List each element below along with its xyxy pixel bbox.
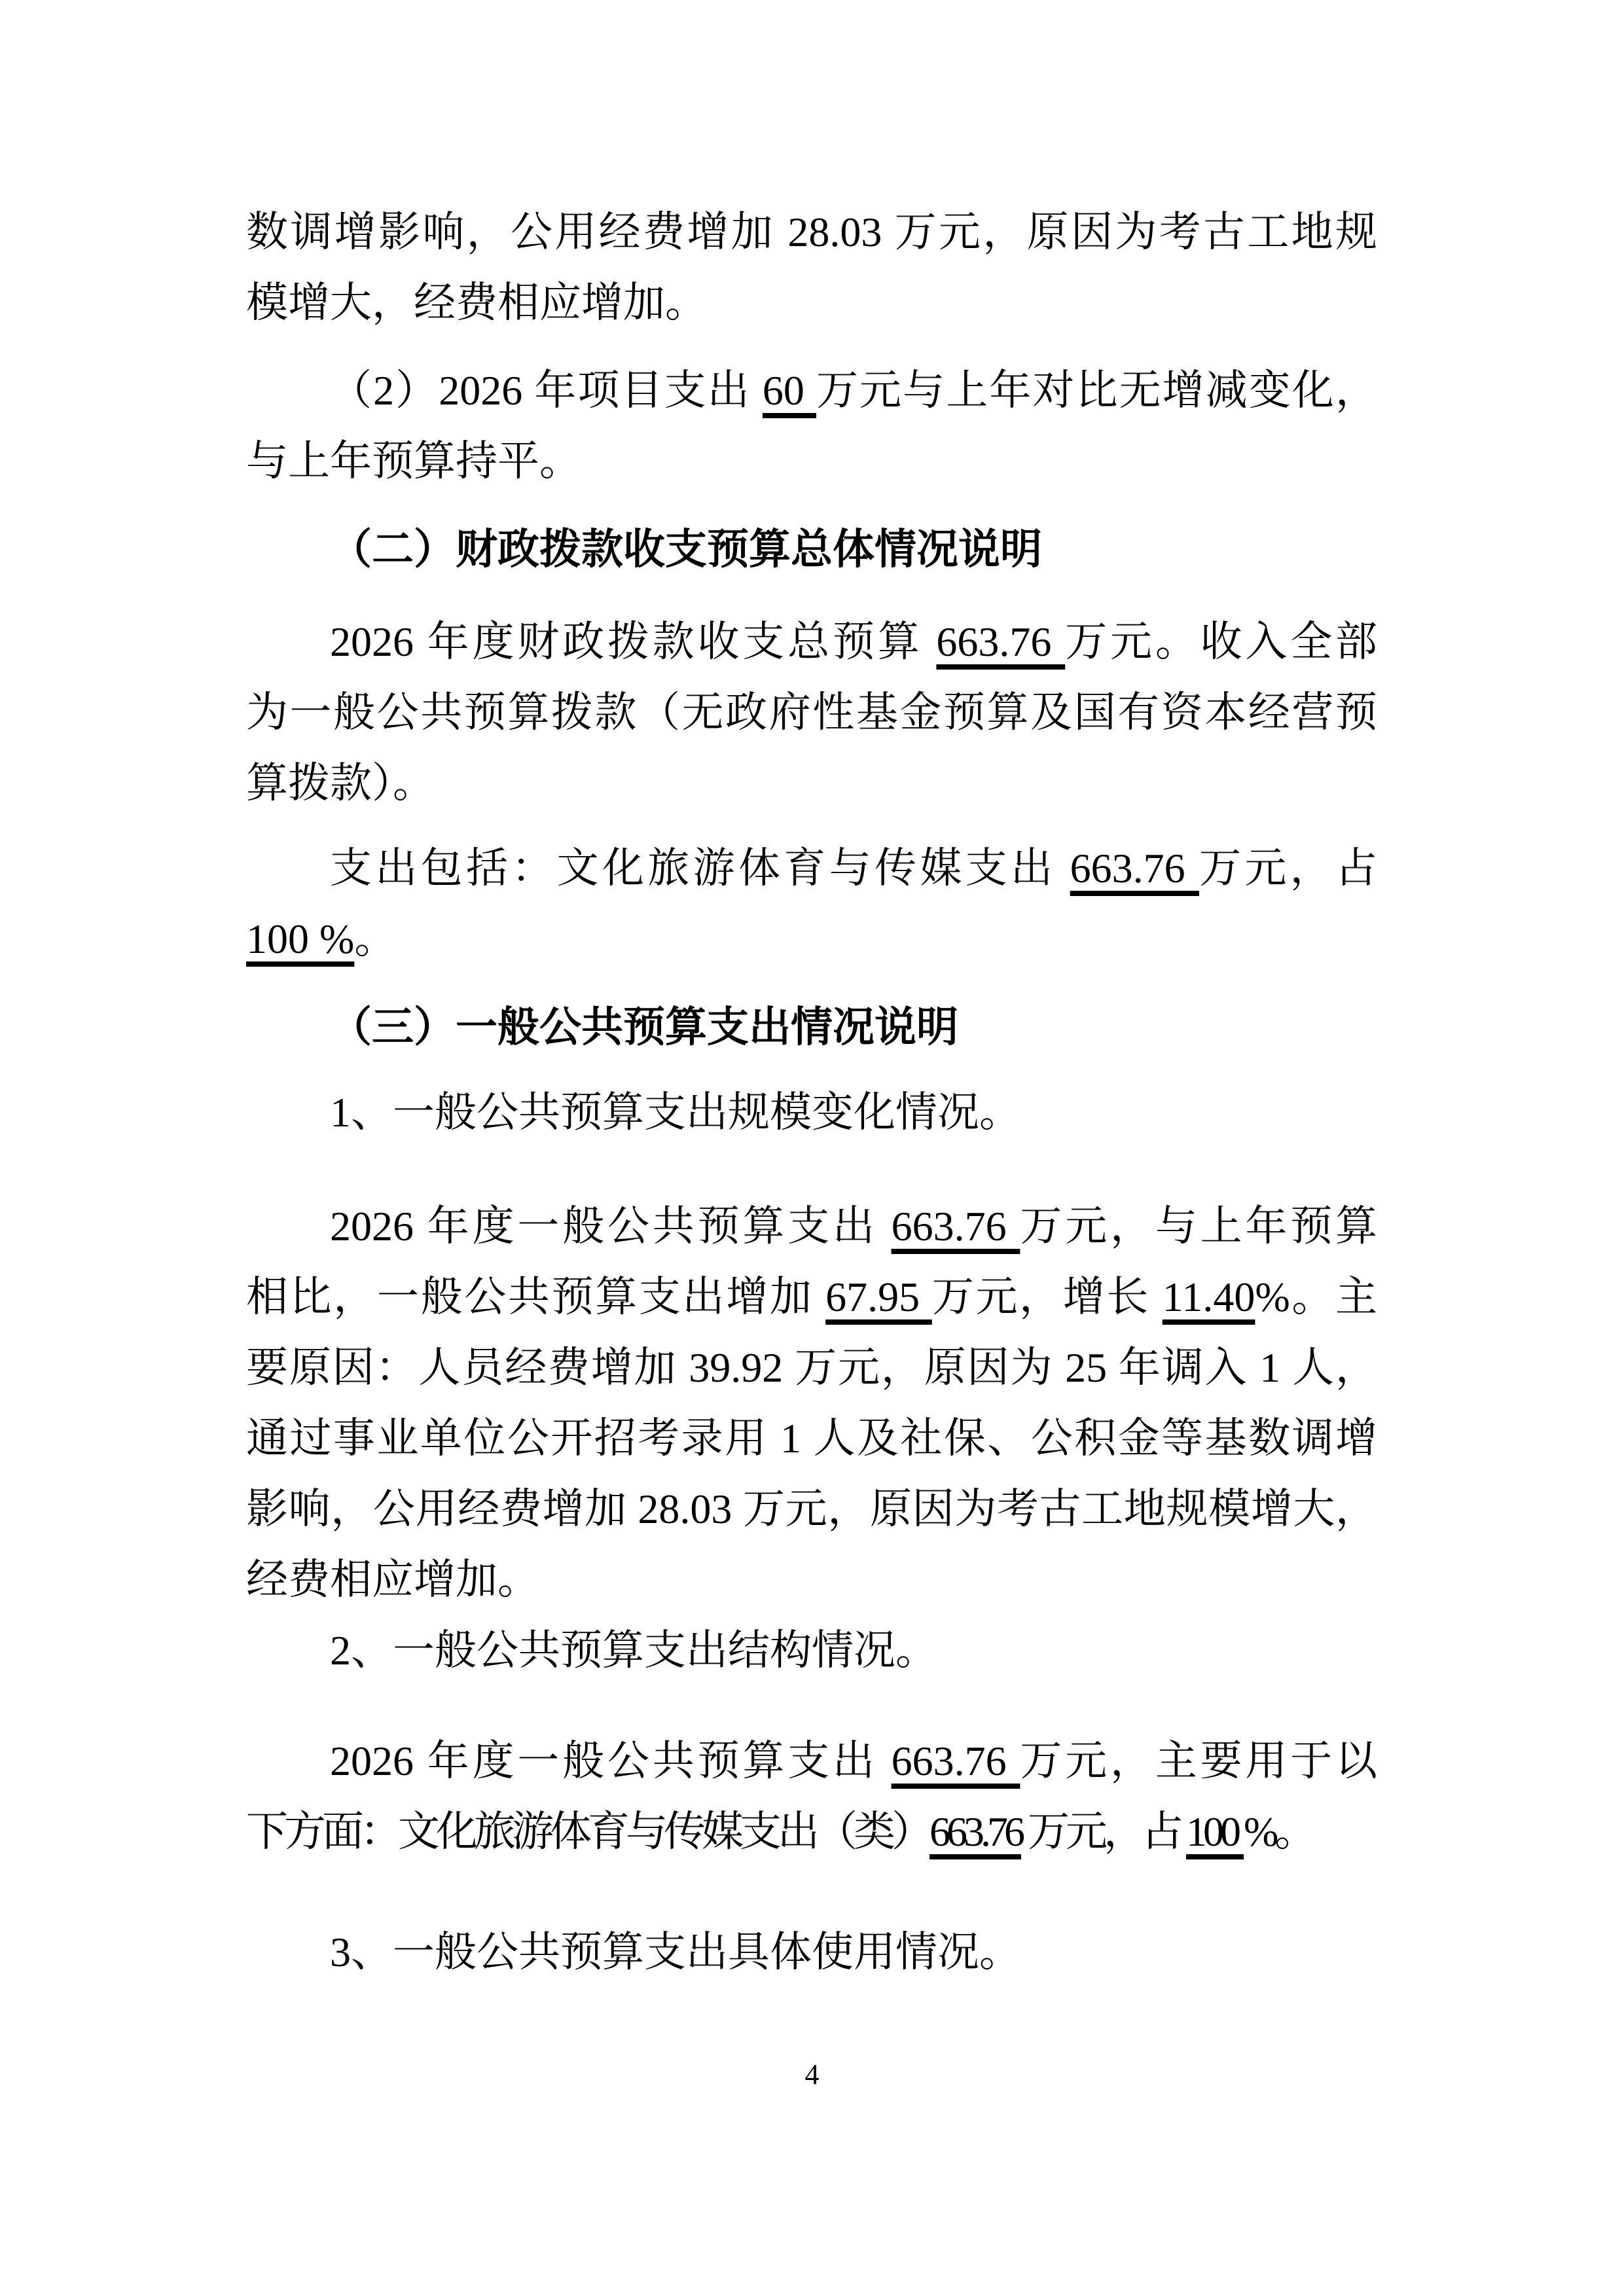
document-body: 数调增影响，公用经费增加 28.03 万元，原因为考古工地规模增大，经费相应增加… bbox=[246, 197, 1377, 1988]
text-segment: 2026 年度一般公共预算支出 bbox=[330, 1203, 892, 1249]
text-line: 100 %。 bbox=[246, 904, 1377, 975]
text-segment: 万元。收入全部 bbox=[1065, 619, 1377, 665]
underlined-value: 663.76 bbox=[892, 1203, 1020, 1249]
paragraph: 2026 年度财政拨款收支总预算 663.76 万元。收入全部为一般公共预算拨款… bbox=[246, 607, 1377, 819]
paragraph: 3、一般公共预算支出具体使用情况。 bbox=[246, 1917, 1377, 1988]
text-line: 1、一般公共预算支出规模变化情况。 bbox=[246, 1077, 1377, 1148]
text-segment: 模增大，经费相应增加。 bbox=[246, 279, 707, 326]
section-heading: （二）财政拨款收支预算总体情况说明 bbox=[246, 514, 1377, 584]
text-line: 算拨款）。 bbox=[246, 748, 1377, 819]
paragraph: 2026 年度一般公共预算支出 663.76 万元，与上年预算相比，一般公共预算… bbox=[246, 1191, 1377, 1615]
text-segment: 要原因：人员经费增加 39.92 万元，原因为 25 年调入 1 人， bbox=[246, 1344, 1377, 1391]
text-segment: 万元与上年对比无增减变化， bbox=[816, 367, 1377, 414]
text-line: 通过事业单位公开招考录用 1 人及社保、公积金等基数调增 bbox=[246, 1403, 1377, 1474]
text-line: 支出包括：文化旅游体育与传媒支出 663.76 万元，占 bbox=[246, 833, 1377, 904]
text-line: 为一般公共预算拨款（无政府性基金预算及国有资本经营预 bbox=[246, 677, 1377, 748]
text-line: 下方面：文化旅游体育与传媒支出（类）663.76 万元，占 100 %。 bbox=[246, 1797, 1377, 1867]
text-line: 与上年预算持平。 bbox=[246, 426, 1377, 497]
text-segment: %。主 bbox=[1255, 1274, 1377, 1320]
paragraph: 2026 年度一般公共预算支出 663.76 万元，主要用于以下方面：文化旅游体… bbox=[246, 1726, 1377, 1867]
text-segment: 影响，公用经费增加 28.03 万元，原因为考古工地规模增大， bbox=[246, 1486, 1377, 1532]
paragraph: （2）2026 年项目支出 60 万元与上年对比无增减变化，与上年预算持平。 bbox=[246, 355, 1377, 497]
text-line: 相比，一般公共预算支出增加 67.95 万元，增长 11.40%。主 bbox=[246, 1262, 1377, 1333]
text-segment: 算拨款）。 bbox=[246, 760, 435, 806]
underlined-value: 663.76 bbox=[1070, 845, 1199, 891]
paragraph: 1、一般公共预算支出规模变化情况。 bbox=[246, 1077, 1377, 1148]
text-segment: （二）财政拨款收支预算总体情况说明 bbox=[330, 526, 1042, 573]
section-heading: （三）一般公共预算支出情况说明 bbox=[246, 992, 1377, 1062]
text-segment: 。 bbox=[354, 916, 396, 962]
text-line: （三）一般公共预算支出情况说明 bbox=[246, 992, 1377, 1062]
text-segment: （2）2026 年项目支出 bbox=[330, 367, 763, 414]
text-line: 数调增影响，公用经费增加 28.03 万元，原因为考古工地规 bbox=[246, 197, 1377, 268]
text-line: 2026 年度一般公共预算支出 663.76 万元，与上年预算 bbox=[246, 1191, 1377, 1262]
text-segment: 1、一般公共预算支出规模变化情况。 bbox=[330, 1089, 1021, 1136]
underlined-value: 60 bbox=[763, 367, 816, 414]
text-line: 模增大，经费相应增加。 bbox=[246, 268, 1377, 338]
text-line: 影响，公用经费增加 28.03 万元，原因为考古工地规模增大， bbox=[246, 1474, 1377, 1545]
underlined-value: 11.40 bbox=[1163, 1274, 1255, 1320]
text-segment: 经费相应增加。 bbox=[246, 1556, 539, 1603]
underlined-value: 67.95 bbox=[825, 1274, 932, 1320]
text-segment: 下方面：文化旅游体育与传媒支出（类） bbox=[246, 1808, 929, 1855]
text-segment: 万元，增长 bbox=[932, 1274, 1163, 1320]
underlined-value: 100 bbox=[1186, 1808, 1244, 1855]
text-segment: 与上年预算持平。 bbox=[246, 438, 581, 484]
underlined-value: 663.76 bbox=[892, 1738, 1020, 1784]
text-segment: 万元，占 bbox=[1021, 1808, 1186, 1855]
text-line: （二）财政拨款收支预算总体情况说明 bbox=[246, 514, 1377, 584]
text-segment: （三）一般公共预算支出情况说明 bbox=[330, 1003, 958, 1050]
text-segment: 万元，占 bbox=[1199, 845, 1377, 891]
text-segment: 2026 年度财政拨款收支总预算 bbox=[330, 619, 936, 665]
text-segment: 数调增影响，公用经费增加 28.03 万元，原因为考古工地规 bbox=[246, 209, 1377, 255]
paragraph: 数调增影响，公用经费增加 28.03 万元，原因为考古工地规模增大，经费相应增加… bbox=[246, 197, 1377, 338]
text-segment: 万元，与上年预算 bbox=[1020, 1203, 1377, 1249]
text-segment: 相比，一般公共预算支出增加 bbox=[246, 1274, 825, 1320]
page-number: 4 bbox=[805, 2058, 820, 2090]
text-segment: 通过事业单位公开招考录用 1 人及社保、公积金等基数调增 bbox=[246, 1415, 1377, 1462]
text-segment: %。 bbox=[1244, 1808, 1312, 1855]
underlined-value: 663.76 bbox=[936, 619, 1065, 665]
text-line: 经费相应增加。 bbox=[246, 1545, 1377, 1615]
text-segment: 为一般公共预算拨款（无政府性基金预算及国有资本经营预 bbox=[246, 689, 1377, 736]
text-line: 2026 年度一般公共预算支出 663.76 万元，主要用于以 bbox=[246, 1726, 1377, 1797]
text-segment: 万元，主要用于以 bbox=[1020, 1738, 1377, 1784]
text-segment: 2026 年度一般公共预算支出 bbox=[330, 1738, 892, 1784]
text-line: 2、一般公共预算支出结构情况。 bbox=[246, 1615, 1377, 1686]
paragraph: 支出包括：文化旅游体育与传媒支出 663.76 万元，占100 %。 bbox=[246, 833, 1377, 975]
text-segment: 2、一般公共预算支出结构情况。 bbox=[330, 1627, 937, 1674]
text-segment: 3、一般公共预算支出具体使用情况。 bbox=[330, 1929, 1021, 1975]
text-line: 2026 年度财政拨款收支总预算 663.76 万元。收入全部 bbox=[246, 607, 1377, 677]
paragraph: 2、一般公共预算支出结构情况。 bbox=[246, 1615, 1377, 1686]
text-line: （2）2026 年项目支出 60 万元与上年对比无增减变化， bbox=[246, 355, 1377, 426]
text-line: 3、一般公共预算支出具体使用情况。 bbox=[246, 1917, 1377, 1988]
text-segment: 支出包括：文化旅游体育与传媒支出 bbox=[330, 845, 1070, 891]
underlined-value: 663.76 bbox=[929, 1808, 1021, 1855]
document-page: 数调增影响，公用经费增加 28.03 万元，原因为考古工地规模增大，经费相应增加… bbox=[0, 0, 1624, 2296]
underlined-value: 100 % bbox=[246, 916, 354, 962]
text-line: 要原因：人员经费增加 39.92 万元，原因为 25 年调入 1 人， bbox=[246, 1333, 1377, 1403]
page-footer: 4 bbox=[0, 2055, 1624, 2094]
